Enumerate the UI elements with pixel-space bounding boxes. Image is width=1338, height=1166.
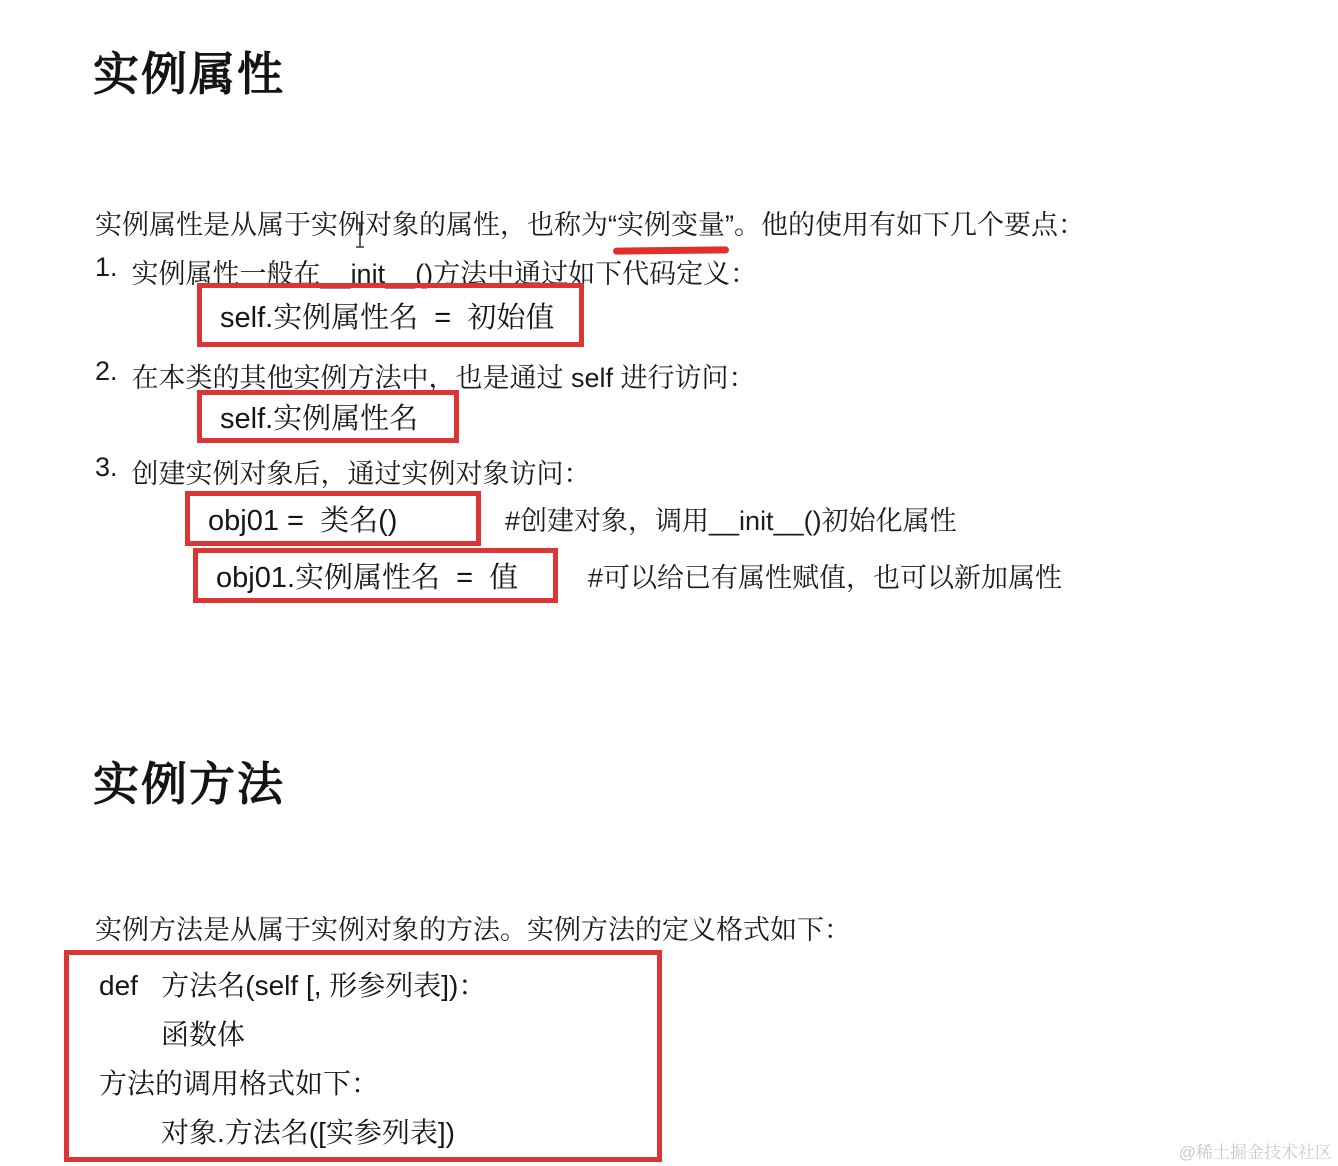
text-cursor-icon: [353, 221, 367, 249]
list-item-1-number: 1.: [95, 252, 118, 283]
list-item-3: 3. 创建实例对象后，通过实例对象访问：: [95, 452, 591, 491]
def-line-signature: def 方法名(self [, 形参列表])：: [99, 967, 657, 1001]
code-box-assign-attr: obj01.实例属性名 = 值: [193, 548, 558, 603]
list-item-3-text: 创建实例对象后，通过实例对象访问：: [132, 452, 591, 491]
code-box-4-code: obj01.实例属性名 = 值: [216, 555, 518, 596]
code-box-self-attr-access: self.实例属性名: [197, 390, 459, 443]
def-line-body: 函数体: [99, 1016, 657, 1050]
code-box-1-code: self.实例属性名 = 初始值: [220, 295, 554, 336]
methods-intro-paragraph: 实例方法是从属于实例对象的方法。实例方法的定义格式如下：: [95, 908, 851, 947]
methods-section-title: 实例方法: [93, 748, 285, 814]
method-definition-box: def 方法名(self [, 形参列表])： 函数体 方法的调用格式如下： 对…: [64, 950, 662, 1162]
code-box-4-comment: #可以给已有属性赋值，也可以新加属性: [588, 556, 1062, 595]
list-item-2-number: 2.: [95, 356, 118, 387]
def-line-call-syntax: 对象.方法名([实参列表]): [99, 1114, 657, 1148]
code-box-create-object: obj01 = 类名(): [185, 491, 481, 546]
list-item-3-number: 3.: [95, 452, 118, 483]
code-box-3-comment: #创建对象，调用__init__()初始化属性: [505, 499, 957, 538]
code-row-assign-attr: obj01.实例属性名 = 值 #可以给已有属性赋值，也可以新加属性: [193, 548, 1062, 603]
code-row-create-object: obj01 = 类名() #创建对象，调用__init__()初始化属性: [185, 491, 957, 546]
watermark: @稀土掘金技术社区: [1179, 1138, 1332, 1163]
attributes-section-title: 实例属性: [93, 38, 285, 104]
code-box-3-code: obj01 = 类名(): [208, 498, 397, 539]
document-page: 实例属性 实例属性是从属于实例对象的属性，也称为“实例变量”。他的使用有如下几个…: [0, 0, 1338, 1166]
code-box-2-code: self.实例属性名: [220, 396, 418, 437]
intro-suffix-text: ”。他的使用有如下几个要点：: [725, 210, 1085, 240]
intro-highlighted-term: 实例变量: [617, 203, 725, 242]
code-box-self-attr-init: self.实例属性名 = 初始值: [197, 283, 584, 347]
attributes-intro-paragraph: 实例属性是从属于实例对象的属性，也称为“实例变量”。他的使用有如下几个要点：: [95, 203, 1085, 242]
def-line-call-caption: 方法的调用格式如下：: [99, 1065, 657, 1099]
